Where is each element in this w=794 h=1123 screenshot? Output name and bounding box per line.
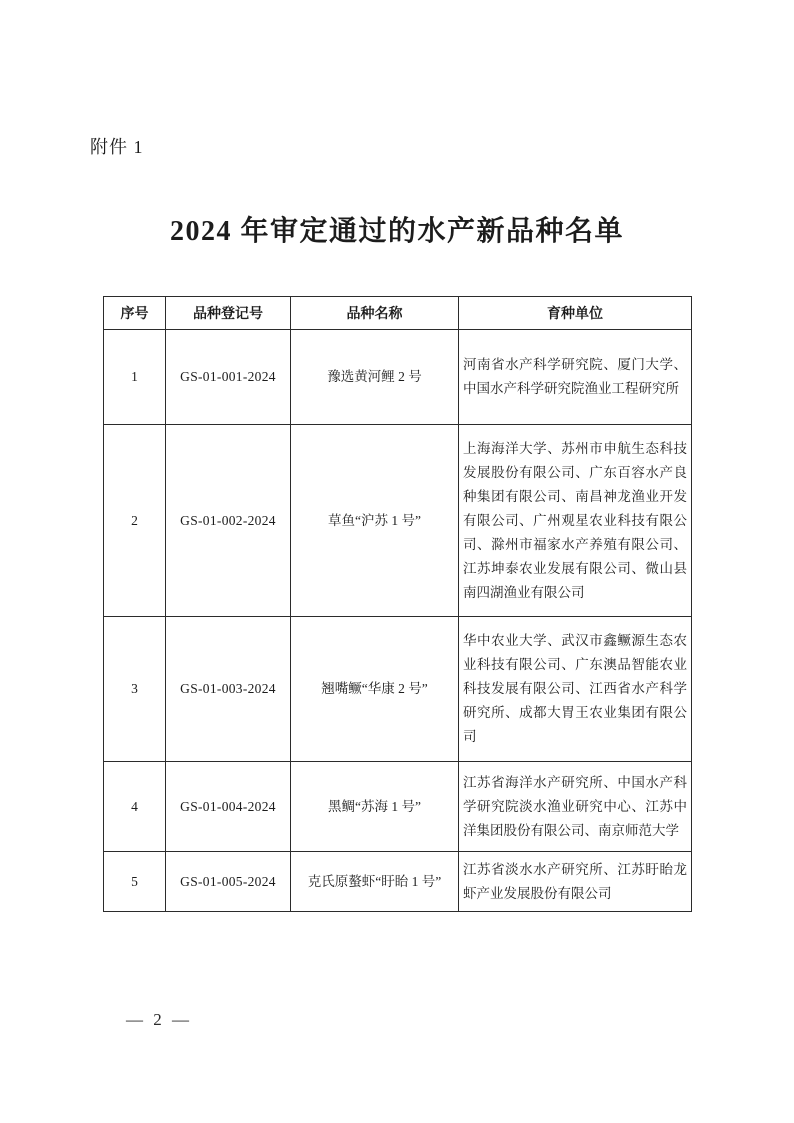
header-serial-number: 序号 [104,297,166,330]
cell-variety-name: 黑鲷“苏海 1 号” [291,762,459,852]
cell-breeding-unit: 华中农业大学、武汉市鑫鳜源生态农业科技有限公司、广东澳品智能农业科技发展有限公司… [459,617,692,762]
cell-serial-number: 5 [104,852,166,912]
cell-breeding-unit: 河南省水产科学研究院、厦门大学、中国水产科学研究院渔业工程研究所 [459,330,692,425]
cell-variety-name: 豫选黄河鲤 2 号 [291,330,459,425]
cell-variety-name: 草鱼“沪苏 1 号” [291,425,459,617]
table-row: 4 GS-01-004-2024 黑鲷“苏海 1 号” 江苏省海洋水产研究所、中… [104,762,692,852]
document-page: 附件 1 2024 年审定通过的水产新品种名单 序号 品种登记号 品种名称 育种… [0,0,794,1123]
cell-breeding-unit: 江苏省海洋水产研究所、中国水产科学研究院淡水渔业研究中心、江苏中洋集团股份有限公… [459,762,692,852]
cell-serial-number: 2 [104,425,166,617]
table-row: 1 GS-01-001-2024 豫选黄河鲤 2 号 河南省水产科学研究院、厦门… [104,330,692,425]
document-title: 2024 年审定通过的水产新品种名单 [0,209,794,249]
cell-serial-number: 4 [104,762,166,852]
cell-registration-number: GS-01-001-2024 [166,330,291,425]
varieties-table: 序号 品种登记号 品种名称 育种单位 1 GS-01-001-2024 豫选黄河… [103,296,692,912]
header-variety-name: 品种名称 [291,297,459,330]
cell-registration-number: GS-01-002-2024 [166,425,291,617]
page-number: — 2 — [126,1010,192,1030]
cell-serial-number: 1 [104,330,166,425]
header-breeding-unit: 育种单位 [459,297,692,330]
cell-breeding-unit: 上海海洋大学、苏州市申航生态科技发展股份有限公司、广东百容水产良种集团有限公司、… [459,425,692,617]
cell-registration-number: GS-01-003-2024 [166,617,291,762]
table-row: 2 GS-01-002-2024 草鱼“沪苏 1 号” 上海海洋大学、苏州市申航… [104,425,692,617]
table-row: 5 GS-01-005-2024 克氏原螯虾“盱眙 1 号” 江苏省淡水水产研究… [104,852,692,912]
attachment-label: 附件 1 [90,133,144,159]
header-registration-number: 品种登记号 [166,297,291,330]
cell-registration-number: GS-01-005-2024 [166,852,291,912]
cell-serial-number: 3 [104,617,166,762]
cell-variety-name: 翘嘴鳜“华康 2 号” [291,617,459,762]
cell-breeding-unit: 江苏省淡水水产研究所、江苏盱眙龙虾产业发展股份有限公司 [459,852,692,912]
table-header-row: 序号 品种登记号 品种名称 育种单位 [104,297,692,330]
cell-variety-name: 克氏原螯虾“盱眙 1 号” [291,852,459,912]
table-row: 3 GS-01-003-2024 翘嘴鳜“华康 2 号” 华中农业大学、武汉市鑫… [104,617,692,762]
cell-registration-number: GS-01-004-2024 [166,762,291,852]
